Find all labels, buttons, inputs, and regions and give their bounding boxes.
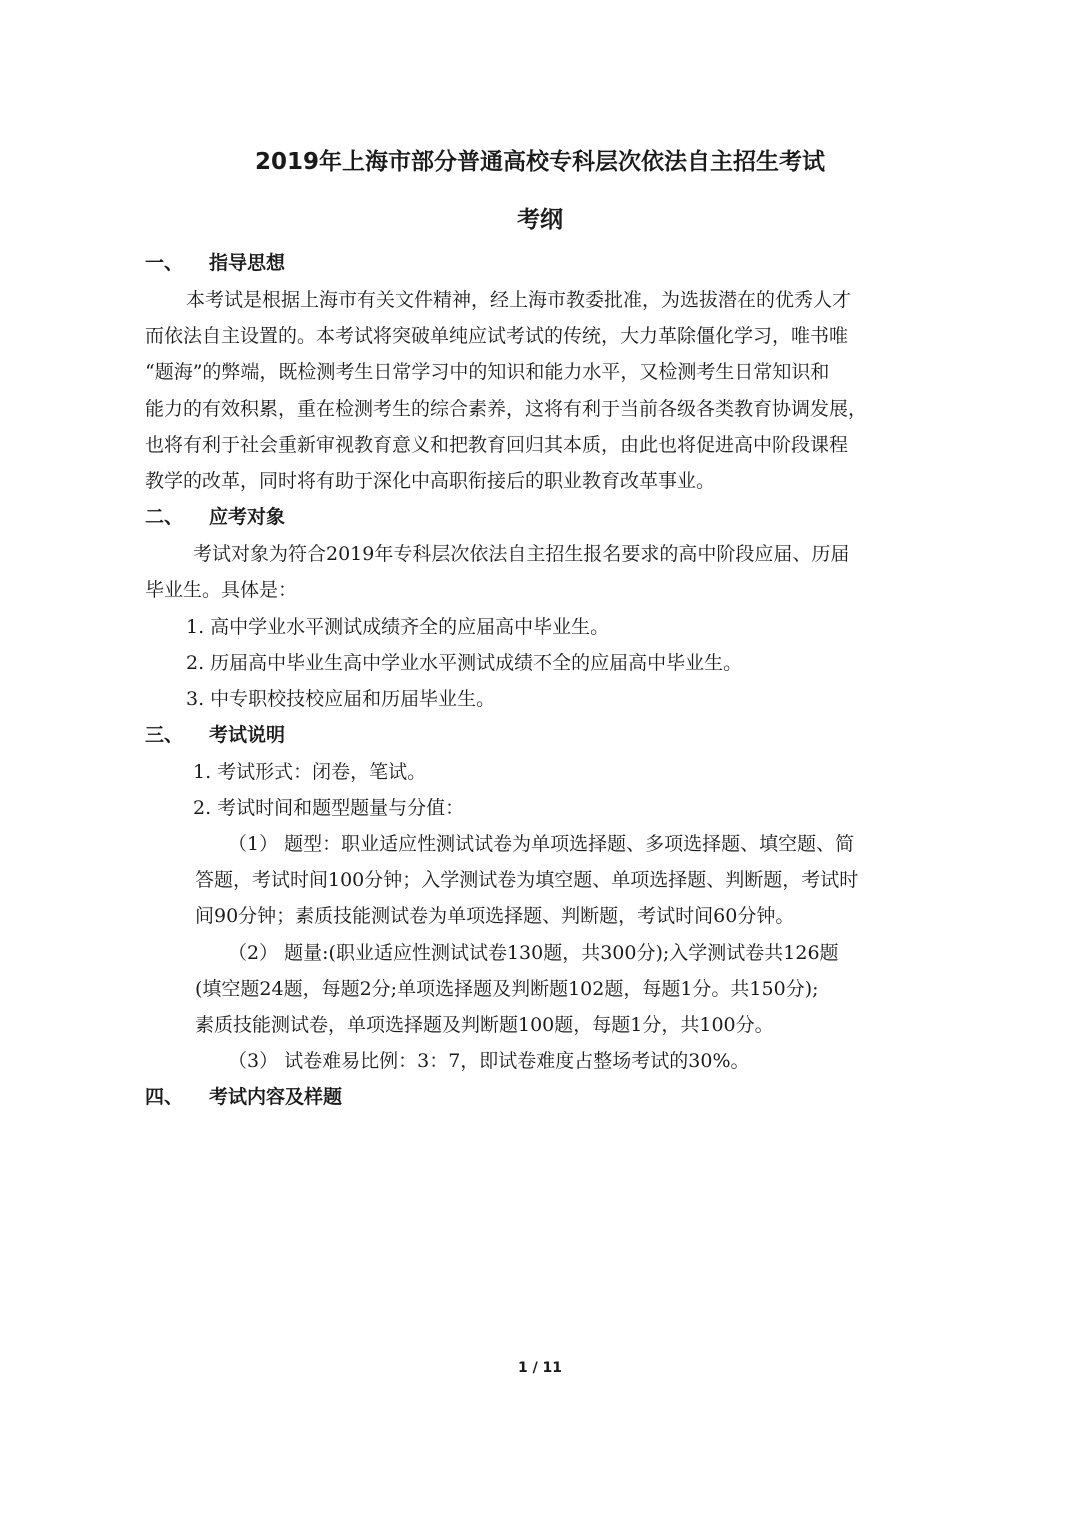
document-title: 2019年上海市部分普通高校专科层次依法自主招生考试 (0, 143, 1080, 176)
paragraph-line: 考试对象为符合2019年专科层次依法自主招生报名要求的高中阶段应届、历届 (193, 540, 849, 568)
section-heading-4: 四、考试内容及样题 (145, 1083, 342, 1111)
section-number: 二、 (145, 503, 209, 531)
sub-paragraph-line: （1） 题型：职业适应性测试试卷为单项选择题、多项选择题、填空题、简 (228, 830, 854, 858)
section-heading-2: 二、应考对象 (145, 503, 285, 531)
section-title: 考试内容及样题 (209, 1086, 342, 1108)
section-number: 一、 (145, 249, 209, 277)
sub-paragraph-line: (填空题24题，每题2分;单项选择题及判断题102题，每题1分。共150分); (195, 975, 819, 1003)
section-number: 四、 (145, 1083, 209, 1111)
list-item: 1. 高中学业水平测试成绩齐全的应届高中毕业生。 (186, 613, 609, 641)
paragraph-line: 毕业生。具体是： (145, 576, 297, 604)
list-item: 2. 考试时间和题型题量与分值： (193, 794, 464, 822)
sub-paragraph-line: 间90分钟；素质技能测试卷为单项选择题、判断题，考试时间60分钟。 (195, 902, 794, 930)
paragraph-line: 教学的改革，同时将有助于深化中高职衔接后的职业教育改革事业。 (145, 467, 715, 495)
section-title: 考试说明 (209, 724, 285, 746)
list-item: 3. 中专职校技校应届和历届毕业生。 (186, 685, 495, 713)
section-title: 应考对象 (209, 506, 285, 528)
section-title: 指导思想 (209, 252, 285, 274)
document-subtitle: 考纲 (0, 201, 1080, 234)
list-item: 1. 考试形式：闭卷，笔试。 (193, 758, 426, 786)
page-indicator: 1 / 11 (0, 1360, 1080, 1376)
sub-paragraph-line: （2） 题量:(职业适应性测试试卷130题，共300分);入学测试卷共126题 (228, 939, 839, 967)
section-heading-3: 三、考试说明 (145, 721, 285, 749)
section-heading-1: 一、指导思想 (145, 249, 285, 277)
sub-paragraph-line: 答题，考试时间100分钟；入学测试卷为填空题、单项选择题、判断题，考试时 (195, 866, 858, 894)
paragraph-line: 而依法自主设置的。本考试将突破单纯应试考试的传统，大力革除僵化学习，唯书唯 (145, 322, 848, 350)
paragraph-line: 能力的有效积累，重在检测考生的综合素养，这将有利于当前各级各类教育协调发展， (145, 395, 867, 423)
paragraph-line: 也将有利于社会重新审视教育意义和把教育回归其本质，由此也将促进高中阶段课程 (145, 431, 848, 459)
sub-paragraph-line: 素质技能测试卷，单项选择题及判断题100题，每题1分，共100分。 (195, 1011, 774, 1039)
sub-paragraph-line: （3） 试卷难易比例：3：7，即试卷难度占整场考试的30%。 (228, 1047, 750, 1075)
section-number: 三、 (145, 721, 209, 749)
paragraph-line: “题海”的弊端，既检测考生日常学习中的知识和能力水平，又检测考生日常知识和 (145, 358, 829, 386)
paragraph-line: 本考试是根据上海市有关文件精神，经上海市教委批准，为选拔潜在的优秀人才 (186, 286, 851, 314)
list-item: 2. 历届高中毕业生高中学业水平测试成绩不全的应届高中毕业生。 (186, 649, 742, 677)
